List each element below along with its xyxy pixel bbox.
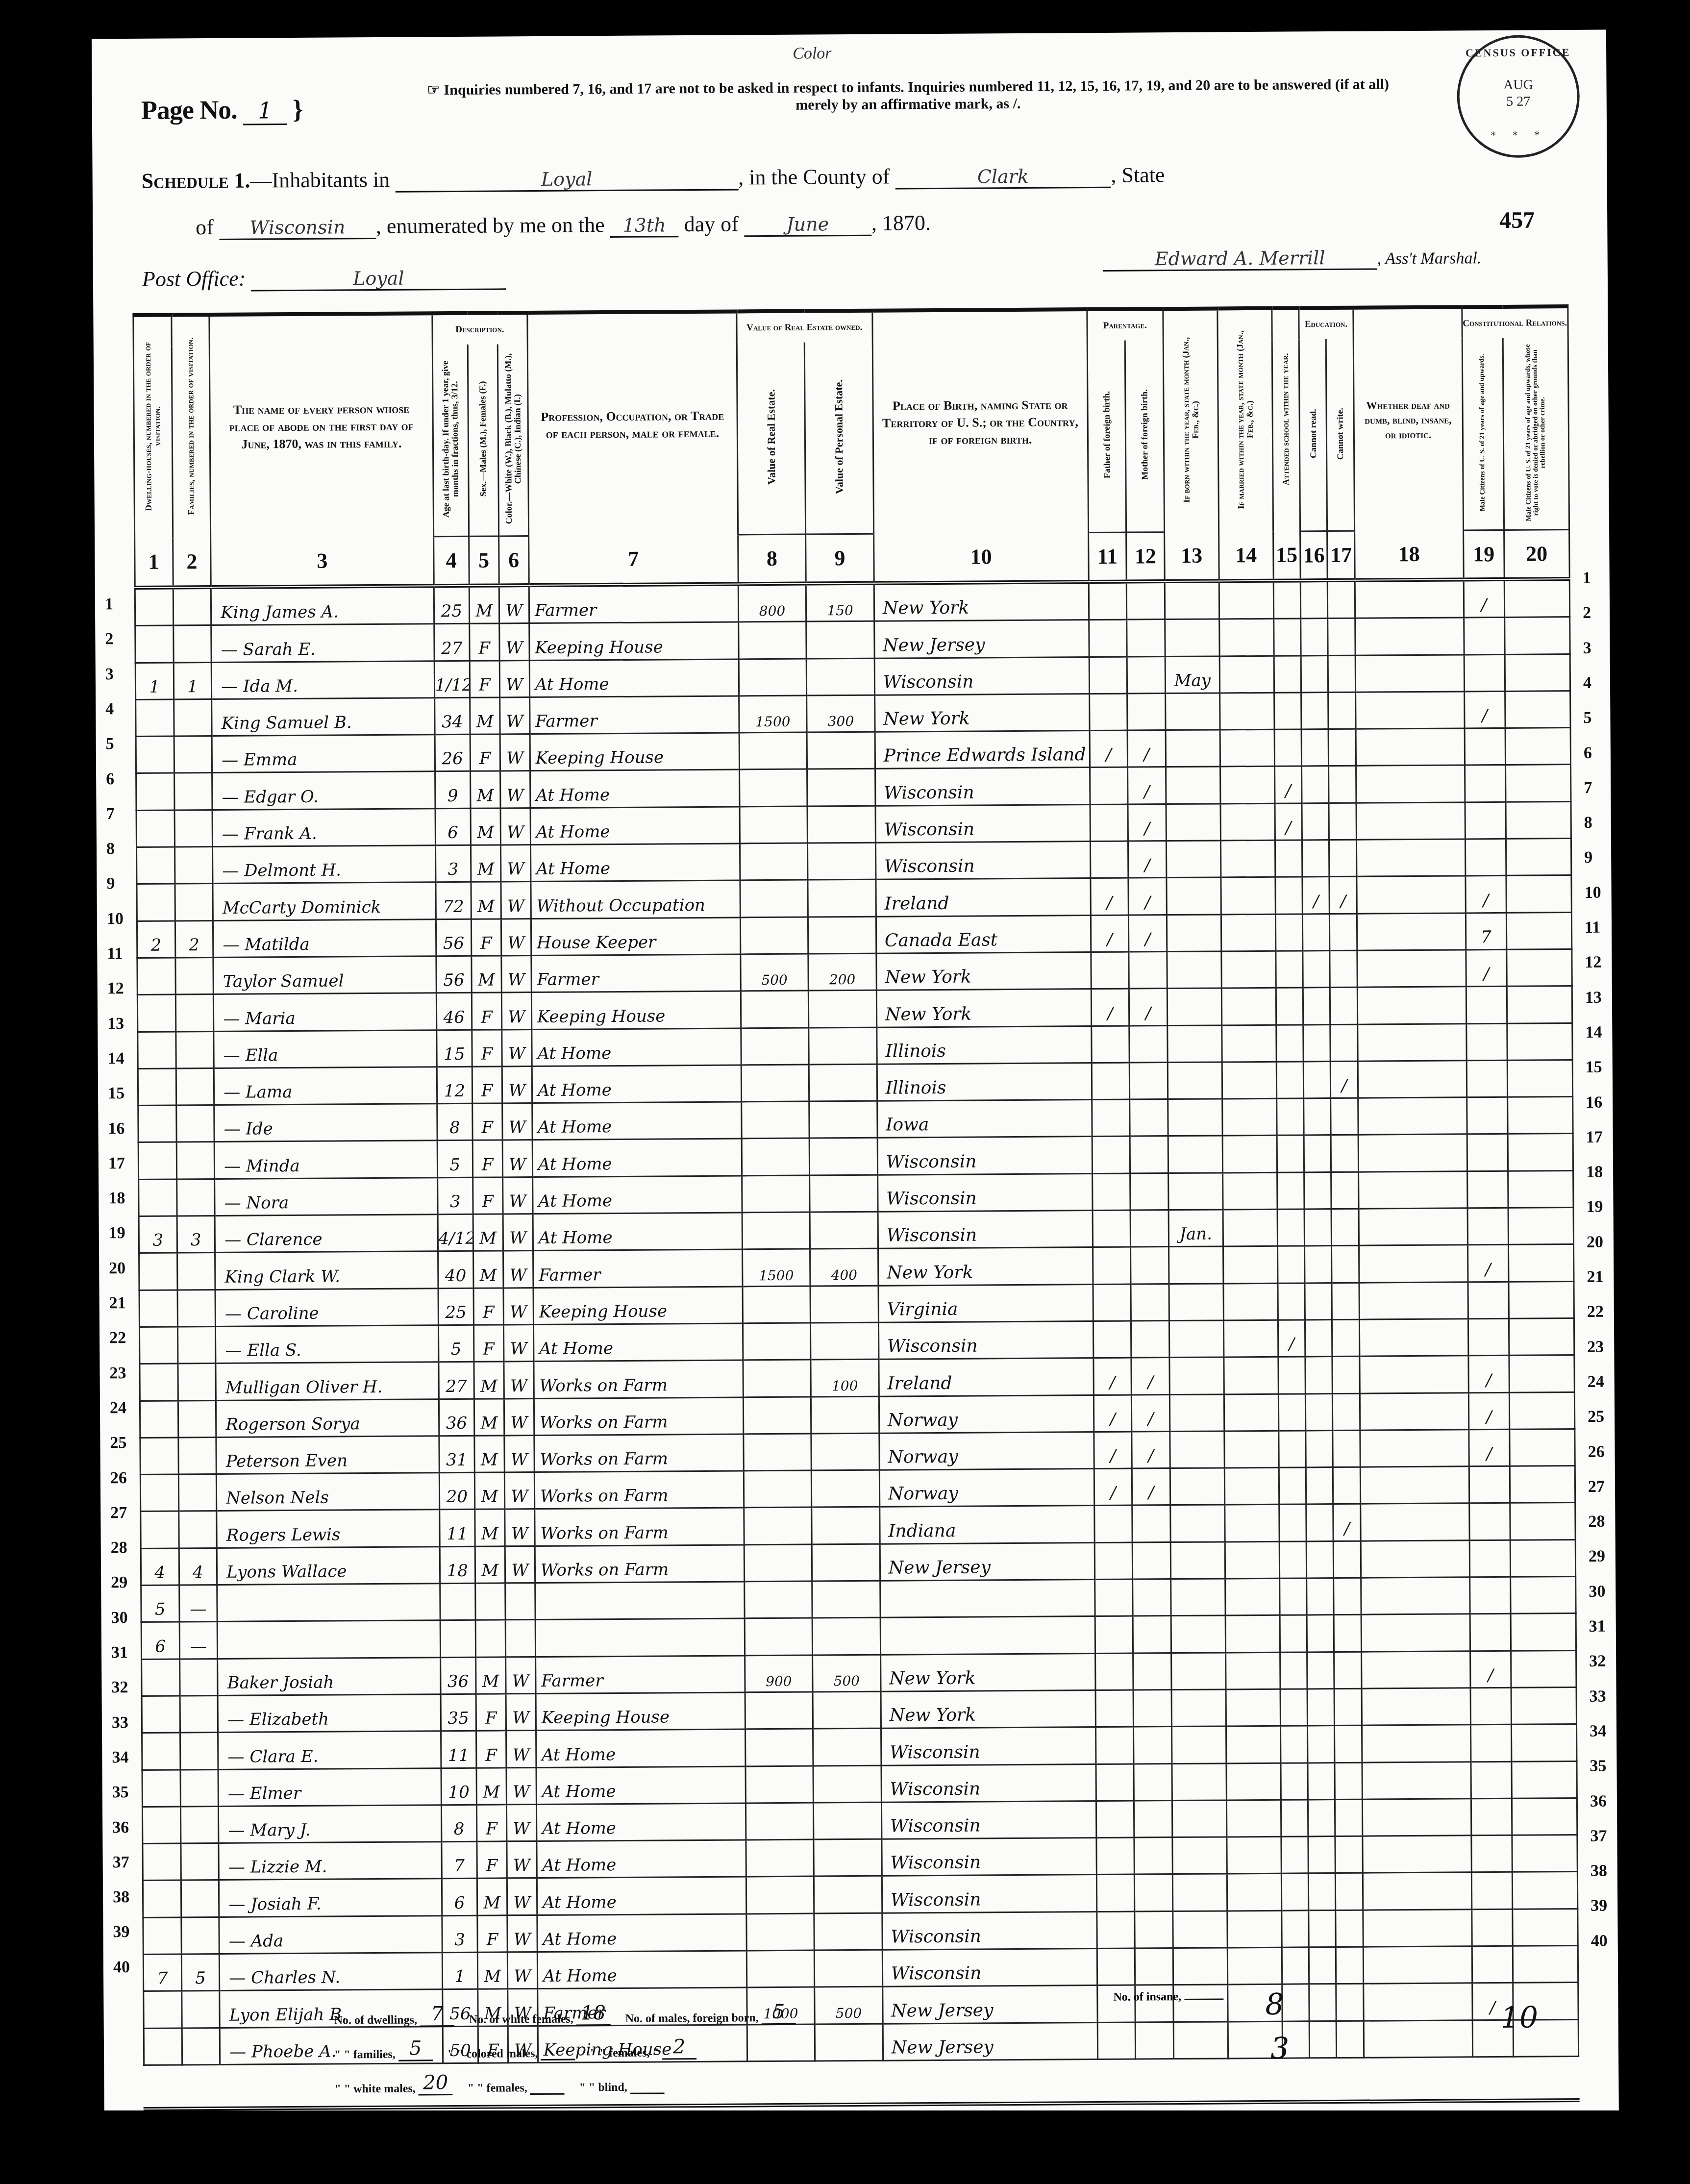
vote-denied-mark: [1505, 765, 1571, 802]
sex: M: [474, 1362, 504, 1399]
personal-estate-value: [812, 1618, 880, 1655]
real-estate-value: 1500: [739, 695, 807, 733]
row-number: 8: [1584, 814, 1592, 832]
place-of-birth: Wisconsin: [878, 1211, 1093, 1249]
dwelling-number: [143, 1843, 181, 1881]
disability: [1361, 1614, 1470, 1652]
place-of-birth: Prince Edwards Island: [875, 731, 1090, 769]
male-citizen-mark: [1471, 1909, 1513, 1946]
age: 18: [440, 1546, 475, 1584]
marshal-signature: Edward A. Merrill: [1103, 247, 1377, 271]
cannot-write-mark: [1334, 1652, 1362, 1689]
born-within-year: [1166, 767, 1220, 804]
personal-estate-value: [814, 1950, 882, 1987]
column-number: 10: [873, 533, 1089, 583]
occupation: Works on Farm: [535, 1508, 744, 1546]
place-of-birth: Wisconsin: [877, 1137, 1092, 1175]
vote-denied-mark: [1512, 1835, 1578, 1872]
cannot-read-mark: [1304, 1172, 1332, 1209]
cannot-read-mark: [1301, 619, 1328, 656]
married-within-year: [1224, 1394, 1278, 1431]
real-estate-value: [746, 1839, 814, 1877]
post-office-line: Post Office: Loyal: [142, 264, 506, 292]
cannot-read-mark: [1307, 1688, 1335, 1726]
male-citizen-mark: /: [1466, 949, 1507, 987]
row-number: 38: [1591, 1862, 1607, 1881]
dwelling-number: [135, 587, 173, 625]
occupation: Works on Farm: [534, 1360, 743, 1398]
father-foreign-mark: /: [1091, 915, 1129, 952]
row-number: 2: [1583, 604, 1591, 622]
real-estate-value: [741, 991, 809, 1028]
person-name: Taylor Samuel: [213, 956, 436, 994]
vote-denied-mark: [1506, 801, 1571, 839]
real-estate-value: [743, 1434, 811, 1471]
dwelling-number: [136, 736, 174, 773]
male-citizen-mark: [1465, 839, 1506, 876]
vote-denied-mark: [1510, 1466, 1575, 1503]
born-within-year: [1168, 1173, 1223, 1210]
occupation: At Home: [533, 1323, 743, 1362]
cannot-write-mark: [1332, 1283, 1359, 1320]
cannot-read-mark: [1308, 1837, 1336, 1874]
sex: F: [472, 993, 501, 1030]
cannot-write-mark: [1336, 1873, 1363, 1911]
born-within-year: [1171, 1653, 1225, 1690]
disability: [1361, 1651, 1470, 1688]
inquiry-instructions: ☞ Inquiries numbered 7, 16, and 17 are n…: [405, 76, 1410, 116]
real-estate-value: 900: [745, 1655, 813, 1692]
disability: [1360, 1430, 1469, 1467]
sex: M: [477, 1952, 507, 1989]
column-number: 6: [498, 536, 529, 586]
column-number: 19: [1463, 530, 1504, 579]
state-field: Wisconsin: [219, 216, 376, 240]
real-estate-value: [742, 1212, 810, 1249]
father-foreign-mark: [1093, 1210, 1131, 1247]
real-estate-value: [746, 1803, 814, 1840]
column-number: 4: [433, 536, 469, 586]
born-within-year: [1169, 1357, 1224, 1394]
dwelling-number: [142, 1769, 180, 1807]
father-foreign-mark: [1096, 1837, 1135, 1875]
dwelling-number: 2: [137, 921, 175, 958]
disability: [1362, 1725, 1470, 1762]
father-foreign-mark: [1097, 1948, 1135, 1985]
cannot-read-mark: [1307, 1615, 1334, 1652]
dwelling-number: [140, 1474, 178, 1512]
married-within-year: [1220, 767, 1274, 804]
born-within-year: [1172, 1837, 1227, 1874]
born-within-year: [1173, 2021, 1228, 2059]
attended-school-mark: /: [1278, 1320, 1305, 1357]
age: [440, 1620, 476, 1658]
male-citizen-mark: [1470, 1688, 1512, 1725]
cannot-read-mark: [1301, 692, 1329, 729]
row-number: 5: [106, 735, 114, 753]
sex: M: [476, 1767, 506, 1805]
day-field: 13th: [610, 214, 679, 238]
family-number: [174, 773, 212, 810]
dwelling-number: [138, 1105, 176, 1142]
cannot-write-mark: [1334, 1541, 1361, 1578]
disability: [1355, 579, 1464, 618]
sex: F: [472, 1140, 502, 1177]
schedule-text: —Inhabitants in: [250, 168, 390, 193]
row-number: 7: [106, 805, 114, 823]
row-number: 37: [1590, 1827, 1607, 1845]
personal-estate-value: [809, 1064, 877, 1101]
mother-foreign-mark: [1132, 1542, 1170, 1579]
born-within-year: [1172, 1874, 1227, 1911]
color: W: [499, 697, 529, 734]
marshal-label: , Ass't Marshal.: [1377, 249, 1482, 268]
occupation: At Home: [530, 807, 740, 845]
male-citizen-mark: [1468, 1282, 1509, 1319]
cannot-write-mark: [1332, 1356, 1360, 1393]
dwelling-number: [138, 1142, 176, 1179]
cannot-write-mark: [1330, 950, 1357, 988]
male-citizen-mark: [1465, 728, 1506, 766]
male-citizen-mark: /: [1466, 876, 1507, 913]
place-of-birth: Wisconsin: [875, 804, 1090, 843]
person-name: — Edgar O.: [212, 771, 435, 810]
vote-denied-mark: [1511, 1724, 1577, 1762]
father-foreign-mark: [1090, 768, 1128, 805]
age: 36: [439, 1399, 474, 1436]
attended-school-mark: [1274, 656, 1301, 693]
mother-foreign-mark: /: [1131, 1358, 1169, 1395]
male-citizen-mark: [1465, 765, 1506, 802]
row-number: 19: [1586, 1198, 1603, 1216]
mother-foreign-mark: [1130, 1136, 1168, 1173]
occupation: At Home: [532, 1065, 741, 1103]
disability: [1357, 987, 1466, 1024]
vote-denied-mark: [1510, 1577, 1576, 1614]
real-estate-value: [743, 1323, 811, 1360]
male-citizen-mark: [1465, 802, 1506, 839]
place-of-birth: New York: [881, 1690, 1095, 1728]
occupation: At Home: [529, 659, 739, 697]
age: 3: [435, 845, 471, 882]
age: 6: [442, 1879, 477, 1916]
family-number: —: [179, 1585, 217, 1622]
sex: M: [474, 1398, 504, 1436]
sex: M: [470, 697, 499, 735]
born-within-year: [1165, 581, 1219, 619]
color: W: [504, 1362, 534, 1399]
born-within-year: [1173, 1948, 1227, 1985]
row-number: 20: [1587, 1233, 1603, 1251]
cannot-write-mark: [1331, 1135, 1359, 1172]
white-males-label: " " white males,: [334, 2083, 415, 2096]
person-name: — Sarah E.: [211, 624, 434, 662]
attended-school-mark: [1279, 1467, 1306, 1505]
dwellings-label: No. of dwellings,: [334, 2013, 418, 2027]
age: 31: [439, 1436, 475, 1473]
occupation: Farmer: [529, 696, 739, 734]
person-name: — Ella S.: [216, 1325, 439, 1364]
person-name: — Caroline: [215, 1288, 438, 1326]
disability: [1356, 802, 1465, 840]
place-of-birth: Norway: [879, 1395, 1094, 1433]
sex: M: [472, 956, 501, 993]
personal-estate-value: [809, 990, 877, 1027]
father-foreign-mark: [1094, 1505, 1132, 1542]
person-name: — Josiah F.: [219, 1879, 442, 1917]
col-2-label: Families, numbered in the order of visit…: [186, 337, 196, 515]
color: W: [506, 1693, 536, 1731]
person-name: — Clarence: [215, 1215, 438, 1253]
married-within-year: [1226, 1800, 1281, 1837]
disability: [1363, 1946, 1472, 1984]
column-number: 2: [173, 538, 211, 588]
personal-estate-value: [811, 1396, 879, 1434]
row-number: 7: [1584, 779, 1592, 797]
color: W: [500, 734, 530, 771]
person-name: Rogerson Sorya: [216, 1399, 439, 1437]
married-within-year: [1225, 1541, 1279, 1579]
dwelling-number: [137, 994, 175, 1032]
vote-denied-mark: [1504, 617, 1570, 654]
attended-school-mark: [1276, 1062, 1304, 1099]
mother-foreign-mark: [1133, 1689, 1171, 1727]
dwelling-number: [135, 625, 174, 663]
attended-school-mark: [1279, 1541, 1307, 1579]
male-citizen-mark: [1472, 1946, 1513, 1983]
cannot-write-mark: [1336, 1984, 1364, 2021]
real-estate-value: [744, 1581, 812, 1618]
family-number: [177, 1290, 216, 1327]
dwelling-number: [136, 810, 174, 847]
row-number: 16: [108, 1119, 124, 1138]
color: W: [505, 1546, 535, 1583]
disability: [1361, 1503, 1469, 1541]
mother-foreign-mark: [1130, 1099, 1168, 1137]
group-education: Education.: [1299, 308, 1353, 340]
married-within-year: [1222, 1098, 1276, 1136]
attended-school-mark: [1279, 1504, 1306, 1541]
mother-foreign-mark: [1127, 581, 1165, 620]
cannot-write-mark: [1334, 1578, 1361, 1615]
bottom-rule: [144, 2098, 1580, 2111]
collector-note: Color: [793, 44, 832, 63]
mother-foreign-mark: /: [1132, 1394, 1170, 1432]
married-within-year: [1225, 1652, 1280, 1689]
foreign-females-label: " " females, ": [590, 2046, 659, 2060]
cannot-write-mark: [1329, 840, 1357, 877]
disability: [1362, 1688, 1470, 1726]
column-number: 17: [1327, 531, 1355, 580]
marshal-line: Edward A. Merrill, Ass't Marshal.: [1103, 246, 1482, 272]
born-within-year: [1171, 1689, 1226, 1727]
age: 35: [441, 1694, 476, 1731]
sex: F: [470, 661, 499, 698]
personal-estate-value: [813, 1765, 881, 1803]
white-males-count: 20: [419, 2071, 453, 2095]
age: 40: [438, 1251, 473, 1289]
born-within-year: Jan.: [1168, 1210, 1223, 1247]
col-1-label: Dwelling-houses, numbered in the order o…: [143, 335, 163, 517]
family-number: 1: [174, 662, 212, 699]
dwelling-number: [142, 1659, 180, 1696]
row-number: 23: [109, 1364, 126, 1383]
dwelling-number: [141, 1511, 179, 1548]
white-females-count: 18: [576, 2002, 610, 2026]
person-name: King James A.: [211, 586, 434, 625]
sex: F: [477, 1915, 507, 1953]
personal-estate-value: 400: [810, 1249, 878, 1286]
stamp-day: 5 27: [1460, 93, 1577, 110]
dwelling-number: [144, 1991, 182, 2028]
male-citizen-mark: [1469, 1577, 1511, 1614]
personal-estate-value: [814, 1876, 882, 1913]
place-of-birth: Illinois: [877, 1026, 1092, 1064]
married-within-year: [1223, 1209, 1277, 1246]
row-number: 12: [107, 979, 124, 998]
white-females-label: No. of white females,: [469, 2013, 573, 2027]
row-number: 18: [1586, 1163, 1603, 1182]
person-name: — Ella: [214, 1030, 437, 1068]
cannot-read-mark: [1308, 1873, 1336, 1911]
family-number: [178, 1400, 216, 1438]
age: 8: [437, 1103, 472, 1141]
occupation: At Home: [532, 1139, 742, 1177]
col-7-label: Profession, Occupation, or Trade of each…: [528, 407, 736, 443]
vote-denied-mark: [1505, 654, 1570, 691]
person-name: King Clark W.: [215, 1251, 438, 1290]
dwelling-number: [137, 958, 175, 995]
married-within-year: [1221, 988, 1276, 1025]
vote-denied-mark: [1509, 1281, 1574, 1318]
vote-denied-mark: [1513, 1909, 1578, 1946]
mother-foreign-mark: /: [1132, 1468, 1170, 1506]
personal-estate-value: [814, 1839, 882, 1876]
person-name: — Maria: [214, 993, 437, 1031]
cannot-write-mark: [1333, 1393, 1360, 1431]
age: 11: [440, 1510, 475, 1547]
age: [440, 1583, 475, 1620]
cannot-write-mark: [1328, 692, 1356, 729]
day-of-label: day of: [684, 212, 738, 236]
disability: [1360, 1466, 1469, 1504]
male-citizen-mark: [1466, 1060, 1508, 1097]
col-3-label: The name of every person whose place of …: [211, 400, 432, 453]
real-estate-value: [738, 621, 806, 659]
family-number: [176, 1068, 214, 1105]
male-citizen-mark: [1471, 1835, 1512, 1872]
dwelling-number: [140, 1364, 178, 1401]
color: W: [502, 1029, 532, 1067]
occupation: Keeping House: [536, 1692, 745, 1731]
real-estate-value: 1500: [742, 1249, 810, 1286]
cannot-read-mark: [1303, 988, 1330, 1025]
person-name: Rogers Lewis: [217, 1510, 440, 1548]
cannot-write-mark: [1329, 803, 1356, 840]
row-number: 35: [1590, 1757, 1606, 1776]
real-estate-value: [744, 1470, 812, 1508]
mother-foreign-mark: [1131, 1284, 1169, 1321]
person-name: — Matilda: [213, 919, 436, 957]
column-number: 9: [806, 534, 874, 583]
age: 11: [441, 1731, 476, 1768]
occupation: At Home: [537, 1914, 746, 1952]
attended-school-mark: [1278, 1393, 1306, 1431]
color: W: [504, 1435, 534, 1472]
age: 6: [435, 808, 471, 845]
row-number: 27: [1588, 1477, 1605, 1496]
born-within-year: [1166, 730, 1220, 767]
disability: [1362, 1762, 1471, 1799]
col-16-label: Cannot read.: [1308, 409, 1318, 458]
person-name: — Frank A.: [212, 809, 435, 847]
family-number: [176, 1142, 215, 1179]
born-within-year: [1171, 1615, 1225, 1653]
disability: [1358, 1171, 1467, 1209]
col-11-label: Father of foreign birth.: [1102, 391, 1112, 478]
dwelling-number: [142, 1807, 180, 1844]
color: W: [500, 808, 530, 845]
age: 27: [439, 1362, 474, 1399]
mother-foreign-mark: /: [1127, 730, 1166, 768]
married-within-year: [1222, 1062, 1276, 1099]
families-count: 5: [398, 2037, 432, 2061]
father-foreign-mark: [1090, 841, 1128, 878]
age: 9: [435, 771, 471, 809]
of-label: of: [196, 215, 214, 239]
male-citizen-mark: /: [1470, 1651, 1511, 1688]
schedule-label: Schedule 1.: [142, 169, 250, 193]
male-citizen-mark: [1468, 1318, 1509, 1356]
row-number: 8: [106, 840, 115, 858]
male-citizen-mark: [1470, 1725, 1512, 1762]
cannot-write-mark: [1330, 988, 1358, 1025]
person-name: — Elizabeth: [218, 1694, 441, 1733]
family-number: [177, 1253, 215, 1290]
color: W: [501, 956, 531, 993]
father-foreign-mark: /: [1091, 878, 1129, 915]
real-estate-value: [740, 843, 808, 880]
cannot-write-mark: [1331, 1172, 1359, 1209]
disability: [1357, 913, 1466, 951]
mother-foreign-mark: [1134, 1763, 1172, 1801]
occupation: Farmer: [535, 1656, 745, 1694]
sex: M: [474, 1436, 504, 1473]
vote-denied-mark: [1510, 1503, 1575, 1540]
cannot-read-mark: [1303, 1061, 1331, 1098]
row-number: 16: [1586, 1093, 1602, 1112]
person-name: King Samuel B.: [212, 698, 435, 736]
cannot-write-mark: [1335, 1762, 1362, 1800]
cannot-read-mark: [1309, 2021, 1337, 2058]
page-number: Page No. 1 }: [141, 94, 303, 125]
father-foreign-mark: /: [1094, 1468, 1132, 1506]
place-of-birth: Ireland: [879, 1358, 1094, 1396]
sheet-number: 457: [1499, 206, 1535, 233]
male-citizen-mark: [1467, 1134, 1508, 1171]
family-number: [174, 847, 213, 884]
dwellings-count: 7: [420, 2003, 454, 2027]
disability: [1355, 618, 1464, 655]
row-number: 15: [108, 1084, 124, 1103]
dwelling-number: [140, 1400, 178, 1438]
sex: M: [475, 1509, 505, 1546]
color: W: [506, 1804, 536, 1841]
real-estate-value: [742, 1175, 810, 1213]
father-foreign-mark: [1091, 952, 1129, 989]
cannot-write-mark: [1328, 580, 1355, 619]
father-foreign-mark: [1094, 1542, 1133, 1580]
